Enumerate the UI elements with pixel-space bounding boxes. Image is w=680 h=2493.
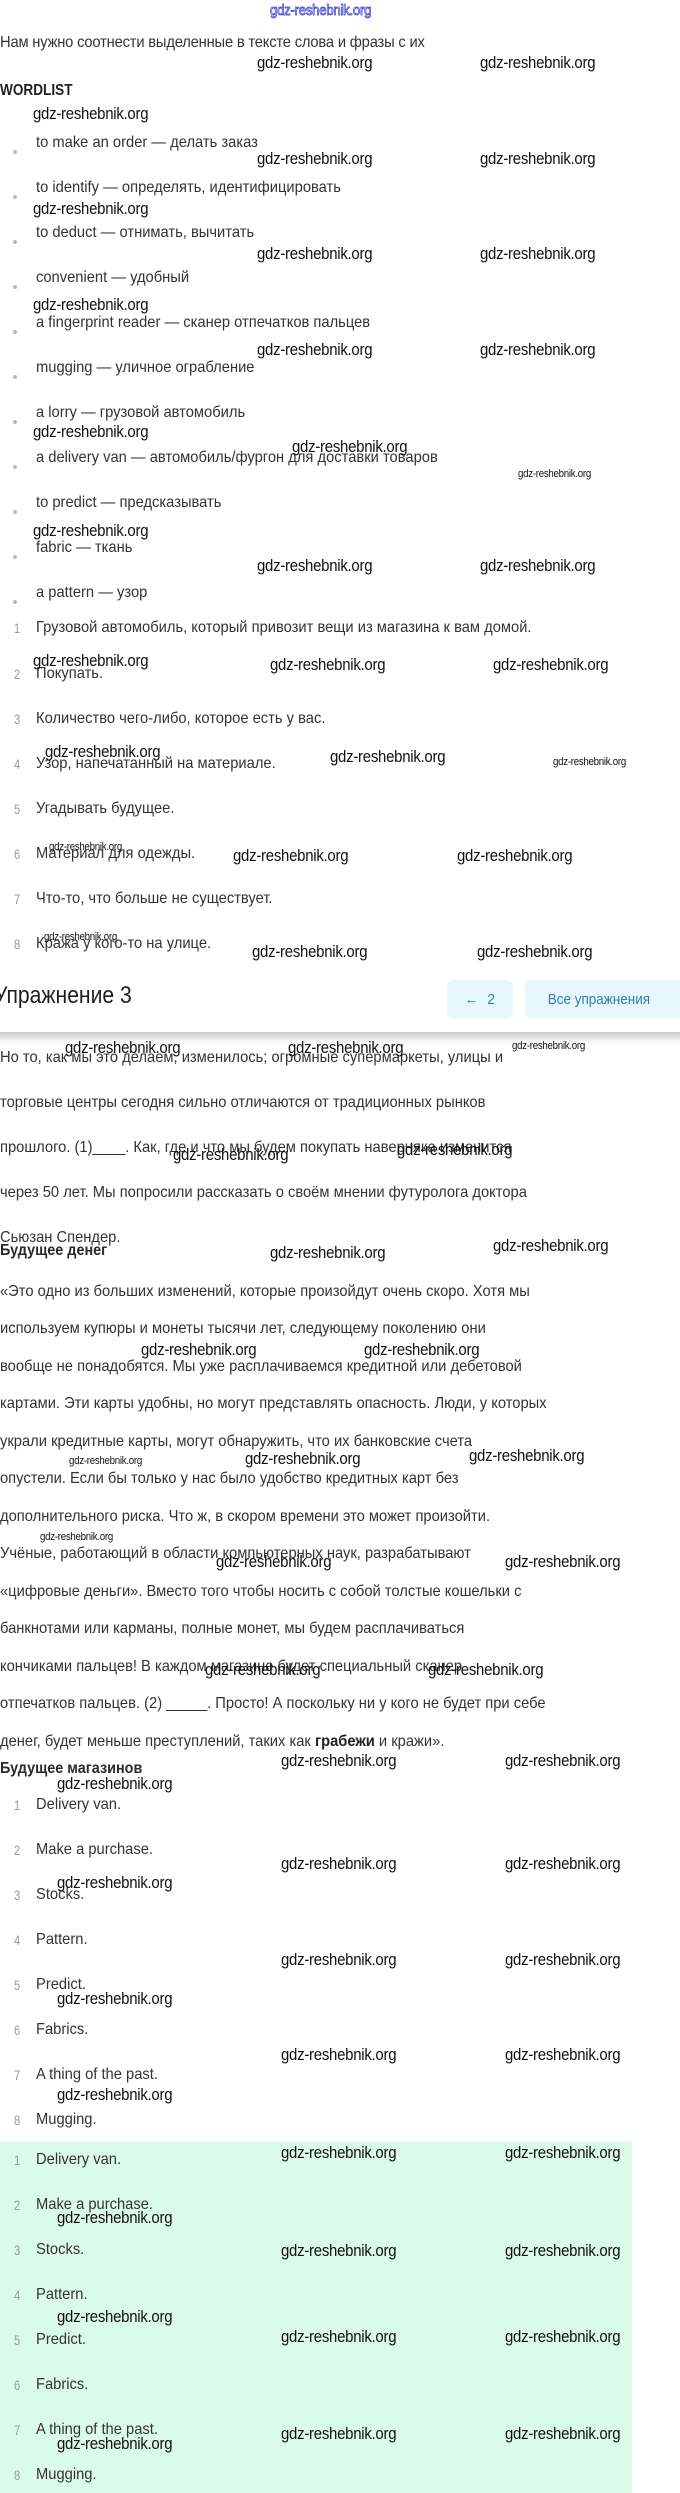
watermark: gdz-reshebnik.org [480, 149, 595, 169]
watermark: gdz-reshebnik.org [57, 2434, 172, 2454]
answer-item: Mugging. [36, 2466, 97, 2484]
text-line: используем купюры и монеты тысячи лет, с… [0, 1320, 486, 1338]
definition-number: 4 [14, 756, 20, 772]
text-line: через 50 лет. Мы попросили рассказать о … [0, 1184, 527, 1202]
watermark: gdz-reshebnik.org [205, 1660, 320, 1680]
text-line: вообще не понадобятся. Мы уже расплачива… [0, 1358, 522, 1376]
wordlist-item: to predict — предсказывать [36, 494, 221, 512]
watermark: gdz-reshebnik.org [505, 1950, 620, 1970]
watermark: gdz-reshebnik.org [173, 1145, 288, 1165]
money-section-title: Будущее денег [0, 1242, 107, 1260]
bullet-icon [13, 465, 17, 469]
watermark: gdz-reshebnik.org [252, 942, 367, 962]
item-number: 2 [14, 1842, 20, 1858]
watermark: gdz-reshebnik.org [281, 2241, 396, 2261]
watermark: gdz-reshebnik.org [505, 2045, 620, 2065]
watermark: gdz-reshebnik.org [33, 651, 148, 671]
watermark: gdz-reshebnik.org [288, 1038, 403, 1058]
prev-exercise-label: 2 [488, 991, 496, 1008]
answer-item: Stocks. [36, 2241, 84, 2259]
watermark: gdz-reshebnik.org [505, 2143, 620, 2163]
answer-number: 1 [14, 2152, 20, 2168]
answer-number: 3 [14, 2242, 20, 2258]
watermark: gdz-reshebnik.org [245, 1449, 360, 1469]
bullet-icon [13, 420, 17, 424]
all-exercises-button[interactable]: Все упражнения [525, 980, 680, 1018]
watermark: gdz-reshebnik.org [40, 1531, 113, 1543]
text-line: «Это одно из больших изменений, которые … [0, 1283, 530, 1301]
watermark: gdz-reshebnik.org [233, 846, 348, 866]
watermark: gdz-reshebnik.org [480, 556, 595, 576]
wordlist-item: a pattern — узор [36, 584, 147, 602]
wordlist-item: to make an order — делать заказ [36, 134, 258, 152]
definition-number: 5 [14, 801, 20, 817]
answer-item: Delivery van. [36, 2151, 121, 2169]
watermark: gdz-reshebnik.org [33, 422, 148, 442]
watermark: gdz-reshebnik.org [512, 1040, 585, 1052]
watermark: gdz-reshebnik.org [33, 199, 148, 219]
wordlist-item: fabric — ткань [36, 539, 132, 557]
watermark: gdz-reshebnik.org [270, 1243, 385, 1263]
watermark: gdz-reshebnik.org [57, 2307, 172, 2327]
watermark: gdz-reshebnik.org [480, 340, 595, 360]
watermark: gdz-reshebnik.org [281, 2424, 396, 2444]
watermark: gdz-reshebnik.org [505, 2424, 620, 2444]
watermark: gdz-reshebnik.org [57, 2085, 172, 2105]
watermark: gdz-reshebnik.org [45, 742, 160, 762]
text-span: и кражи». [375, 1733, 445, 1750]
text-line: банкнотами или карманы, полные монет, мы… [0, 1620, 464, 1638]
bullet-icon [13, 555, 17, 559]
watermark: gdz-reshebnik.org [505, 2327, 620, 2347]
wordlist-item: a fingerprint reader — сканер отпечатков… [36, 314, 370, 332]
wordlist-item: to identify — определять, идентифицирова… [36, 179, 341, 197]
wordlist-item: mugging — уличное ограбление [36, 359, 254, 377]
watermark: gdz-reshebnik.org [364, 1340, 479, 1360]
watermark: gdz-reshebnik.org [477, 942, 592, 962]
watermark: gdz-reshebnik.org [553, 756, 626, 768]
definition-number: 6 [14, 846, 20, 862]
watermark: gdz-reshebnik.org [518, 468, 591, 480]
watermark: gdz-reshebnik.org [257, 53, 372, 73]
watermark: gdz-reshebnik.org [469, 1446, 584, 1466]
bullet-icon [13, 240, 17, 244]
watermark: gdz-reshebnik.org [457, 846, 572, 866]
list-item: A thing of the past. [36, 2066, 158, 2084]
definition-number: 2 [14, 666, 20, 682]
bullet-icon [13, 195, 17, 199]
text-line: денег, будет меньше преступлений, таких … [0, 1733, 444, 1751]
answer-number: 4 [14, 2287, 20, 2303]
watermark: gdz-reshebnik.org [292, 437, 407, 457]
definition-number: 7 [14, 891, 20, 907]
watermark: gdz-reshebnik.org [69, 1455, 142, 1467]
list-item: Mugging. [36, 2111, 97, 2129]
list-item: Make a purchase. [36, 1841, 153, 1859]
definition-number: 1 [14, 620, 20, 636]
definition-number: 3 [14, 711, 20, 727]
watermark: gdz-reshebnik.org [257, 244, 372, 264]
watermark: gdz-reshebnik.org [397, 1140, 512, 1160]
watermark: gdz-reshebnik.org [33, 104, 148, 124]
watermark: gdz-reshebnik.org [428, 1660, 543, 1680]
exercise-title: Упражнение 3 [0, 982, 132, 1010]
intro-text: Нам нужно соотнести выделенные в тексте … [0, 34, 425, 52]
answer-number: 2 [14, 2197, 20, 2213]
answer-item: Predict. [36, 2331, 86, 2349]
bullet-icon [13, 330, 17, 334]
watermark: gdz-reshebnik.org [281, 2143, 396, 2163]
list-item: Fabrics. [36, 2021, 88, 2039]
wordlist-item: convenient — удобный [36, 269, 189, 287]
watermark: gdz-reshebnik.org [281, 2045, 396, 2065]
watermark: gdz-reshebnik.org [330, 747, 445, 767]
answer-item: Fabrics. [36, 2376, 88, 2394]
watermark: gdz-reshebnik.org [493, 655, 608, 675]
definition-item: Грузовой автомобиль, который привозит ве… [36, 619, 532, 637]
definition-item: Что-то, что больше не существует. [36, 890, 273, 908]
bullet-icon [13, 600, 17, 604]
item-number: 4 [14, 1932, 20, 1948]
wordlist-title: WORDLIST [0, 82, 73, 100]
text-line: отпечатков пальцев. (2) _____. Просто! А… [0, 1695, 546, 1713]
watermark: gdz-reshebnik.org [493, 1236, 608, 1256]
text-line: украли кредитные карты, могут обнаружить… [0, 1433, 472, 1451]
watermark: gdz-reshebnik.org [33, 295, 148, 315]
definition-item: Количество чего-либо, которое есть у вас… [36, 710, 325, 728]
watermark: gdz-reshebnik.org [216, 1552, 331, 1572]
text-line: опустели. Если бы только у нас было удоб… [0, 1470, 459, 1488]
text-line: «цифровые деньги». Вместо того чтобы нос… [0, 1583, 521, 1601]
answer-item: Pattern. [36, 2286, 88, 2304]
watermark: gdz-reshebnik.org [281, 1751, 396, 1771]
highlighted-word: грабежи [315, 1733, 375, 1750]
definition-number: 8 [14, 936, 20, 952]
watermark: gdz-reshebnik.org [480, 244, 595, 264]
text-span: денег, будет меньше преступлений, таких … [0, 1733, 315, 1750]
watermark: gdz-reshebnik.org [65, 1038, 180, 1058]
watermark: gdz-reshebnik.org [281, 1950, 396, 1970]
text-line: картами. Эти карты удобны, но могут пред… [0, 1395, 547, 1413]
bullet-icon [13, 510, 17, 514]
watermark: gdz-reshebnik.org [281, 2327, 396, 2347]
watermark: gdz-reshebnik.org [49, 841, 122, 853]
wordlist-item: to deduct — отнимать, вычитать [36, 224, 254, 242]
watermark: gdz-reshebnik.org [57, 1873, 172, 1893]
list-item: Delivery van. [36, 1796, 121, 1814]
prev-exercise-button[interactable]: ← 2 [447, 980, 513, 1018]
bullet-icon [13, 375, 17, 379]
bullet-icon [13, 285, 17, 289]
answer-number: 8 [14, 2467, 20, 2483]
watermark: gdz-reshebnik.org [257, 149, 372, 169]
watermark: gdz-reshebnik.org [44, 931, 117, 943]
item-number: 1 [14, 1797, 20, 1813]
bullet-icon [13, 150, 17, 154]
watermark: gdz-reshebnik.org [505, 1854, 620, 1874]
item-number: 6 [14, 2022, 20, 2038]
watermark: gdz-reshebnik.org [57, 1774, 172, 1794]
item-number: 7 [14, 2067, 20, 2083]
item-number: 5 [14, 1977, 20, 1993]
answer-number: 7 [14, 2422, 20, 2438]
watermark: gdz-reshebnik.org [281, 1854, 396, 1874]
watermark: gdz-reshebnik.org [505, 2241, 620, 2261]
watermark: gdz-reshebnik.org [480, 53, 595, 73]
watermark: gdz-reshebnik.org [257, 556, 372, 576]
watermark: gdz-reshebnik.org [57, 1989, 172, 2009]
arrow-left-icon: ← [465, 991, 479, 1008]
watermark: gdz-reshebnik.org [270, 655, 385, 675]
watermark: gdz-reshebnik.org [141, 1340, 256, 1360]
wordlist-item: a lorry — грузовой автомобиль [36, 404, 245, 422]
watermark: gdz-reshebnik.org [505, 1751, 620, 1771]
item-number: 8 [14, 2112, 20, 2128]
watermark: gdz-reshebnik.org [57, 2208, 172, 2228]
watermark-logo: gdz-reshebnik.org [270, 2, 371, 19]
all-exercises-label: Все упражнения [548, 991, 650, 1008]
text-line: торговые центры сегодня сильно отличаютс… [0, 1094, 485, 1112]
watermark: gdz-reshebnik.org [33, 521, 148, 541]
watermark: gdz-reshebnik.org [505, 1552, 620, 1572]
text-line: дополнительного риска. Что ж, в скором в… [0, 1508, 490, 1526]
item-number: 3 [14, 1887, 20, 1903]
answer-number: 6 [14, 2377, 20, 2393]
list-item: Pattern. [36, 1931, 88, 1949]
watermark: gdz-reshebnik.org [257, 340, 372, 360]
answer-number: 5 [14, 2332, 20, 2348]
definition-item: Угадывать будущее. [36, 800, 174, 818]
